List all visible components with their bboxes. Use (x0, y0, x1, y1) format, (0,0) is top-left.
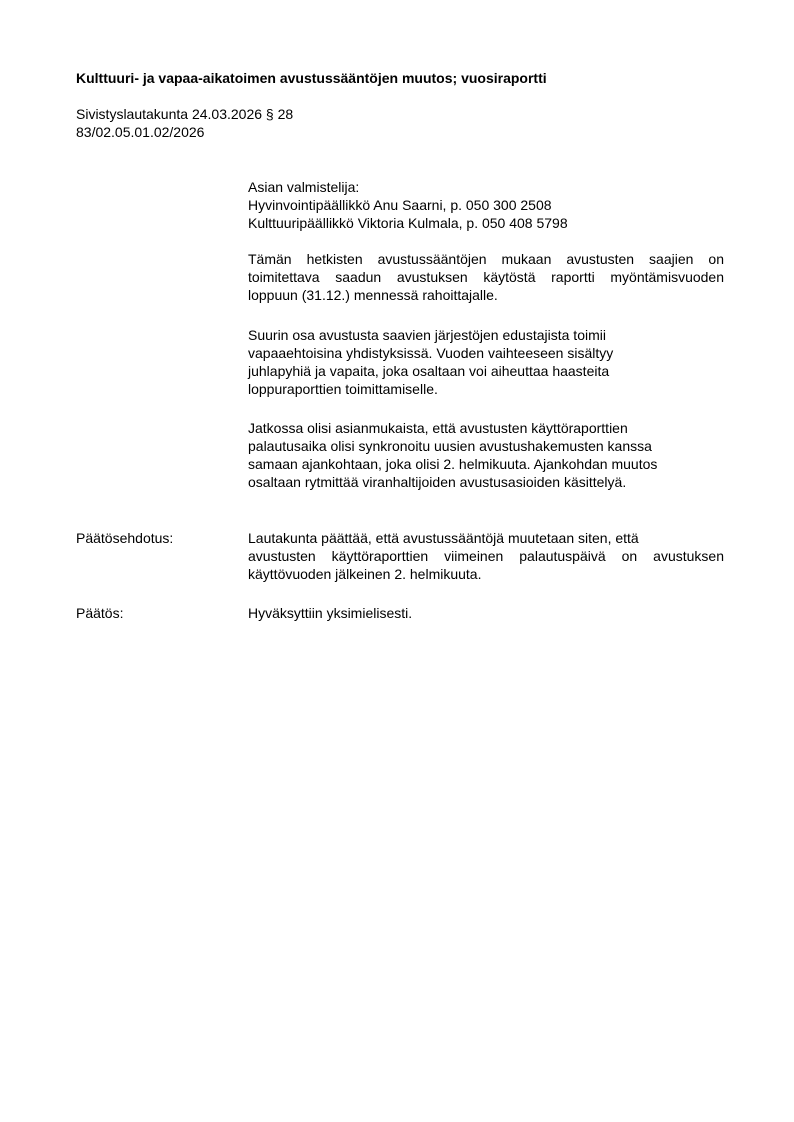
proposal-label: Päätösehdotus: (76, 529, 173, 547)
proposal-line: Lautakunta päättää, että avustussääntöjä… (248, 529, 724, 547)
document-page: Kulttuuri- ja vapaa-aikatoimen avustussä… (0, 0, 794, 1122)
paragraph-line: Tämän hetkisten avustussääntöjen mukaan … (248, 250, 724, 268)
paragraph-current-rules: Tämän hetkisten avustussääntöjen mukaan … (248, 250, 724, 304)
proposal-text: Lautakunta päättää, että avustussääntöjä… (248, 529, 724, 583)
paragraph-line: Suurin osa avustusta saavien järjestöjen… (248, 326, 724, 344)
paragraph-line: vapaaehtoisina yhdistyksissä. Vuoden vai… (248, 344, 724, 362)
paragraph-line: loppuun (31.12.) mennessä rahoittajalle. (248, 286, 724, 304)
decision-label: Päätös: (76, 604, 123, 622)
meeting-reference: Sivistyslautakunta 24.03.2026 § 28 (76, 105, 293, 123)
paragraph-line: samaan ajankohtaan, joka olisi 2. helmik… (248, 455, 724, 473)
preparation-section: Asian valmistelija: Hyvinvointipäällikkö… (248, 178, 724, 232)
paragraph-line: Jatkossa olisi asianmukaista, että avust… (248, 419, 724, 437)
paragraph-line: palautusaika olisi synkronoitu uusien av… (248, 437, 724, 455)
record-id: 83/02.05.01.02/2026 (76, 123, 293, 141)
document-title: Kulttuuri- ja vapaa-aikatoimen avustussä… (76, 69, 547, 87)
decision-text: Hyväksyttiin yksimielisesti. (248, 604, 724, 622)
meeting-info: Sivistyslautakunta 24.03.2026 § 28 83/02… (76, 105, 293, 141)
paragraph-line: osaltaan rytmittää viranhaltijoiden avus… (248, 473, 724, 491)
decision-value: Hyväksyttiin yksimielisesti. (248, 604, 724, 622)
paragraph-line: juhlapyhiä ja vapaita, joka osaltaan voi… (248, 362, 724, 380)
paragraph-line: loppuraporttien toimittamiselle. (248, 380, 724, 398)
preparer: Kulttuuripäällikkö Viktoria Kulmala, p. … (248, 214, 724, 232)
proposal-line: käyttövuoden jälkeinen 2. helmikuuta. (248, 565, 724, 583)
paragraph-volunteers: Suurin osa avustusta saavien järjestöjen… (248, 326, 724, 398)
paragraph-line: toimitettava saadun avustuksen käytöstä … (248, 268, 724, 286)
preparation-heading: Asian valmistelija: (248, 178, 724, 196)
proposal-line: avustusten käyttöraporttien viimeinen pa… (248, 547, 724, 565)
paragraph-proposal-rationale: Jatkossa olisi asianmukaista, että avust… (248, 419, 724, 491)
preparer: Hyvinvointipäällikkö Anu Saarni, p. 050 … (248, 196, 724, 214)
